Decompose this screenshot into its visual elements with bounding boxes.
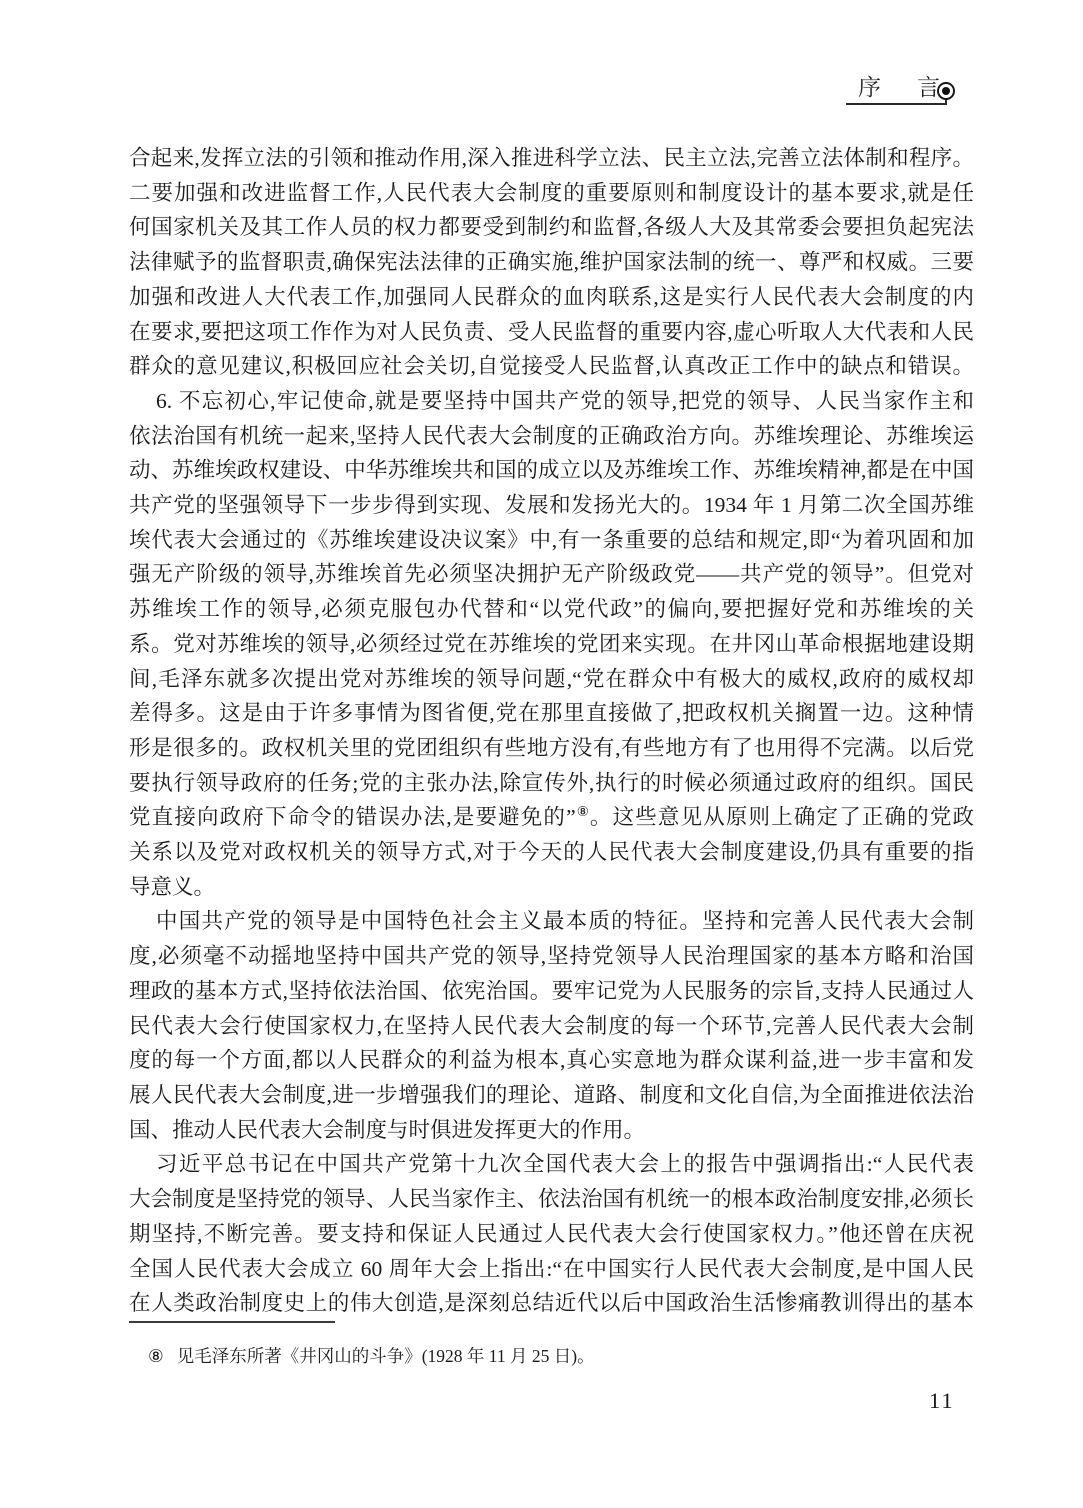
- text-line: 在人类政治制度史上的伟大创造,是深刻总结近代以后中国政治生活惨痛教训得出的基本: [129, 1286, 974, 1321]
- text-line: 共产党的坚强领导下一步步得到实现、发展和发扬光大的。1934 年 1 月第二次全…: [129, 488, 974, 523]
- paragraph: 中国共产党的领导是中国特色社会主义最本质的特征。坚持和完善人民代表大会制度,必须…: [129, 904, 974, 1147]
- text-line: 度的每一个方面,都以人民群众的利益为根本,真心实意地为群众谋利益,进一步丰富和发: [129, 1043, 974, 1078]
- body-text: 合起来,发挥立法的引领和推动作用,深入推进科学立法、民主立法,完善立法体制和程序…: [129, 141, 974, 1321]
- text-line: 二要加强和改进监督工作,人民代表大会制度的重要原则和制度设计的基本要求,就是任: [129, 176, 974, 211]
- text-line: 党直接向政府下命令的错误办法,是要避免的”⑧。这些意见从原则上确定了正确的党政: [129, 800, 974, 835]
- text-line: 合起来,发挥立法的引领和推动作用,深入推进科学立法、民主立法,完善立法体制和程序…: [129, 141, 974, 176]
- text-line: 展人民代表大会制度,进一步增强我们的理论、道路、制度和文化自信,为全面推进依法治: [129, 1078, 974, 1113]
- text-line: 系。党对苏维埃的领导,必须经过党在苏维埃的党团来实现。在井冈山革命根据地建设期: [129, 627, 974, 662]
- text-line: 形是很多的。政权机关里的党团组织有些地方没有,有些地方有了也用得不完满。以后党: [129, 731, 974, 766]
- footnote-marker: ⑧: [148, 1346, 164, 1366]
- footnote-text: 见毛泽东所著《井冈山的斗争》(1928 年 11 月 25 日)。: [177, 1346, 595, 1366]
- paragraph: 6. 不忘初心,牢记使命,就是要坚持中国共产党的领导,把党的领导、人民当家作主和…: [129, 384, 974, 905]
- text-line: 国、推动人民代表大会制度与时俱进发挥更大的作用。: [129, 1113, 974, 1148]
- header-rule: [846, 90, 947, 105]
- text-line: 在要求,要把这项工作作为对人民负责、受人民监督的重要内容,虚心听取人大代表和人民: [129, 315, 974, 350]
- text-line: 动、苏维埃政权建设、中华苏维埃共和国的成立以及苏维埃工作、苏维埃精神,都是在中国: [129, 453, 974, 488]
- text-line: 加强和改进人大代表工作,加强同人民群众的血肉联系,这是实行人民代表大会制度的内: [129, 280, 974, 315]
- text-line: 关系以及党对政权机关的领导方式,对于今天的人民代表大会制度建设,仍具有重要的指: [129, 835, 974, 870]
- footnote: ⑧见毛泽东所著《井冈山的斗争》(1928 年 11 月 25 日)。: [129, 1344, 993, 1368]
- text-line: 习近平总书记在中国共产党第十九次全国代表大会上的报告中强调指出:“人民代表: [129, 1147, 974, 1182]
- text-line: 埃代表大会通过的《苏维埃建设决议案》中,有一条重要的总结和规定,即“为着巩固和加: [129, 523, 974, 558]
- paragraph: 合起来,发挥立法的引领和推动作用,深入推进科学立法、民主立法,完善立法体制和程序…: [129, 141, 974, 384]
- text-line: 差得多。这是由于许多事情为图省便,党在那里直接做了,把政权机关搁置一边。这种情: [129, 696, 974, 731]
- text-line: 中国共产党的领导是中国特色社会主义最本质的特征。坚持和完善人民代表大会制: [129, 904, 974, 939]
- bullseye-icon: [937, 82, 955, 100]
- text-line: 法律赋予的监督职责,确保宪法法律的正确实施,维护国家法制的统一、尊严和权威。三要: [129, 245, 974, 280]
- text-line: 间,毛泽东就多次提出党对苏维埃的领导问题,“党在群众中有极大的威权,政府的威权却: [129, 662, 974, 697]
- text-line: 民代表大会行使国家权力,在坚持人民代表大会制度的每一个环节,完善人民代表大会制: [129, 1009, 974, 1044]
- page-number: 11: [929, 1388, 955, 1414]
- text-line: 6. 不忘初心,牢记使命,就是要坚持中国共产党的领导,把党的领导、人民当家作主和: [129, 384, 974, 419]
- text-line: 要执行领导政府的任务;党的主张办法,除宣传外,执行的时候必须通过政府的组织。国民: [129, 766, 974, 801]
- text-line: 群众的意见建议,积极回应社会关切,自觉接受人民监督,认真改正工作中的缺点和错误。: [129, 349, 974, 384]
- text-line: 度,必须毫不动摇地坚持中国共产党的领导,坚持党领导人民治理国家的基本方略和治国: [129, 939, 974, 974]
- book-page: 序言 合起来,发挥立法的引领和推动作用,深入推进科学立法、民主立法,完善立法体制…: [0, 0, 1083, 1508]
- footnote-separator: [129, 1321, 335, 1323]
- text-line: 期坚持,不断完善。要支持和保证人民通过人民代表大会行使国家权力。”他还曾在庆祝: [129, 1217, 974, 1252]
- text-line: 理政的基本方式,坚持依法治国、依宪治国。要牢记党为人民服务的宗旨,支持人民通过人: [129, 974, 974, 1009]
- text-line: 大会制度是坚持党的领导、人民当家作主、依法治国有机统一的根本政治制度安排,必须长: [129, 1182, 974, 1217]
- text-line: 强无产阶级的领导,苏维埃首先必须坚决拥护无产阶级政党——共产党的领导”。但党对: [129, 557, 974, 592]
- paragraph: 习近平总书记在中国共产党第十九次全国代表大会上的报告中强调指出:“人民代表大会制…: [129, 1147, 974, 1321]
- text-line: 苏维埃工作的领导,必须克服包办代替和“以党代政”的偏向,要把握好党和苏维埃的关: [129, 592, 974, 627]
- text-line: 何国家机关及其工作人员的权力都要受到制约和监督,各级人大及其常委会要担负起宪法: [129, 210, 974, 245]
- text-line: 依法治国有机统一起来,坚持人民代表大会制度的正确政治方向。苏维埃理论、苏维埃运: [129, 419, 974, 454]
- text-line: 导意义。: [129, 870, 974, 905]
- text-line: 全国人民代表大会成立 60 周年大会上指出:“在中国实行人民代表大会制度,是中国…: [129, 1252, 974, 1287]
